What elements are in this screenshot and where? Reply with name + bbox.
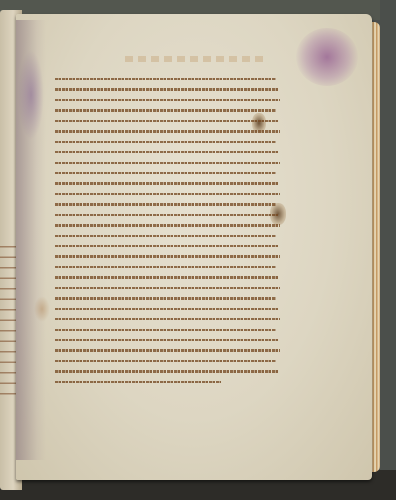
text-line (55, 266, 276, 268)
text-line (55, 297, 276, 299)
text-line (55, 287, 280, 289)
left-page-text (0, 240, 16, 400)
text-line (55, 339, 278, 341)
text-line (55, 130, 280, 132)
text-line (55, 172, 276, 174)
purple-stain (296, 28, 358, 86)
text-line (55, 203, 276, 205)
faded-heading (125, 56, 265, 62)
text-line (55, 120, 278, 122)
manuscript-text-block (55, 78, 285, 391)
text-line (55, 224, 280, 226)
text-line (55, 214, 278, 216)
text-line (55, 381, 221, 383)
brown-stain-left (34, 296, 50, 322)
text-line (55, 276, 278, 278)
text-line (55, 245, 278, 247)
text-line (55, 109, 276, 111)
gutter-stain (18, 50, 44, 140)
text-line (55, 360, 276, 362)
text-line (55, 141, 276, 143)
text-line (55, 88, 278, 90)
text-line (55, 349, 280, 351)
background-right (380, 0, 396, 500)
text-line (55, 78, 276, 80)
text-line (55, 99, 280, 101)
text-line (55, 151, 278, 153)
text-line (55, 370, 278, 372)
text-line (55, 255, 280, 257)
text-line (55, 162, 280, 164)
text-line (55, 308, 278, 310)
text-line (55, 235, 276, 237)
text-line (55, 182, 278, 184)
text-line (55, 193, 280, 195)
text-line (55, 329, 276, 331)
text-line (55, 318, 280, 320)
